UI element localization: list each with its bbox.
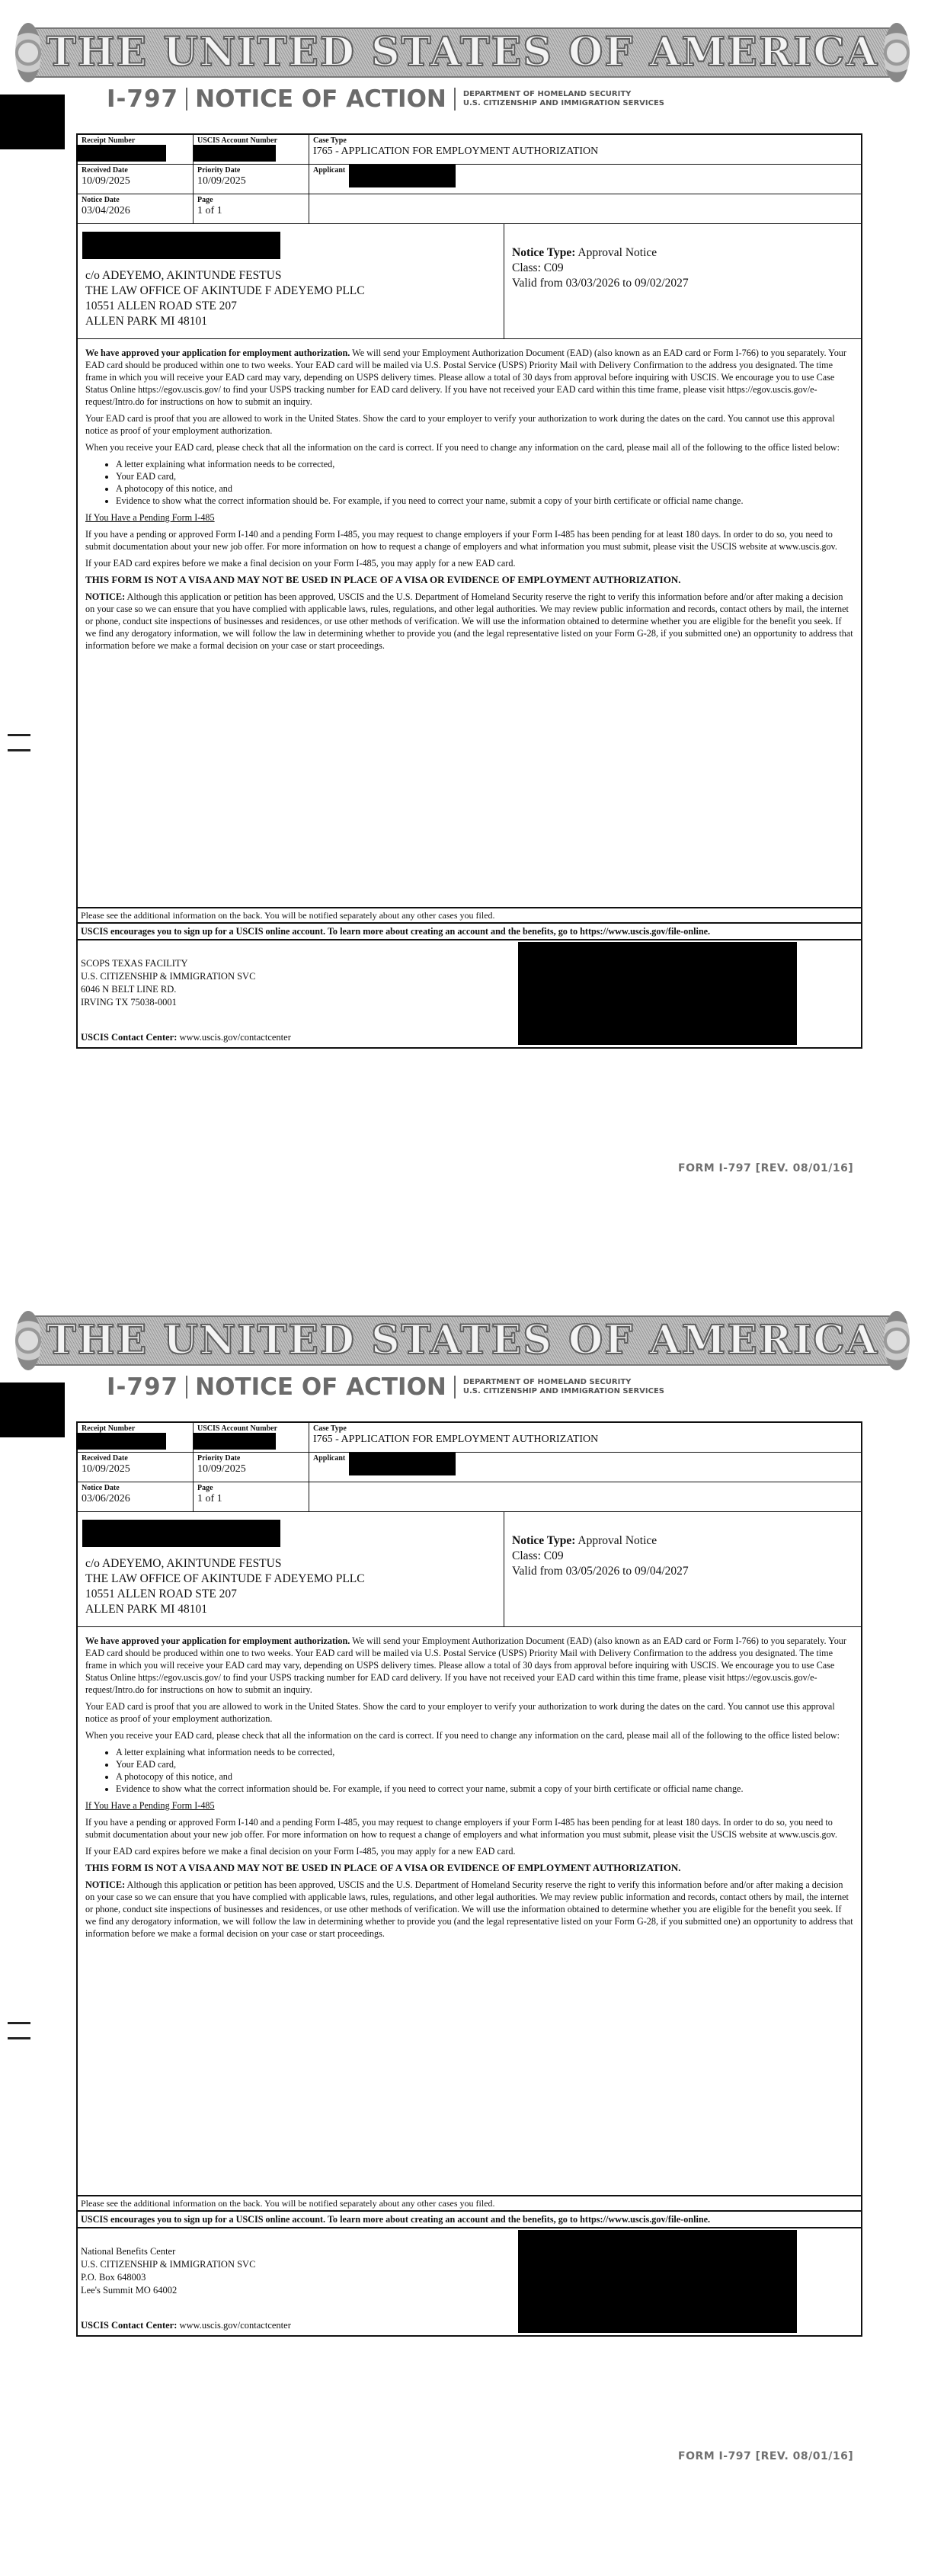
redaction: [0, 95, 65, 149]
priority-label: Priority Date: [197, 166, 305, 175]
notice-type-label: Notice Type:: [512, 1534, 575, 1547]
contact-label: USCIS Contact Center:: [81, 1032, 177, 1043]
paragraph: Although this application or petition ha…: [85, 591, 853, 651]
case-type: I765 - APPLICATION FOR EMPLOYMENT AUTHOR…: [313, 146, 857, 158]
validity-period: Valid from 03/05/2026 to 09/04/2027: [512, 1564, 853, 1579]
form-revision: FORM I-797 [REV. 08/01/16]: [678, 2450, 853, 2462]
redaction: [349, 1453, 456, 1475]
recipient-address: c/o ADEYEMO, AKINTUNDE FESTUS THE LAW OF…: [78, 1512, 504, 1626]
divider: [186, 88, 187, 111]
list-item: A letter explaining what information nee…: [116, 1746, 853, 1758]
paragraph: If your EAD card expires before we make …: [85, 557, 853, 569]
notice-date: 03/06/2026: [82, 1493, 189, 1505]
notice-form: Receipt Number USCIS Account Number Case…: [76, 1421, 862, 2337]
class-code: Class: C09: [512, 1549, 853, 1564]
margin-mark: [8, 2022, 30, 2024]
page-number: 1 of 1: [197, 205, 305, 217]
dept-line-2: U.S. CITIZENSHIP AND IMMIGRATION SERVICE…: [463, 99, 664, 107]
case-type-label: Case Type: [313, 136, 857, 146]
form-title: NOTICE OF ACTION: [195, 1373, 446, 1401]
form-number: I-797: [107, 85, 178, 113]
redaction: [518, 942, 797, 1045]
approval-heading: We have approved your application for em…: [85, 348, 350, 358]
banner: THE UNITED STATES OF AMERICA: [32, 1315, 893, 1366]
priority-date: 10/09/2025: [197, 1463, 305, 1475]
notice-form: Receipt Number USCIS Account Number Case…: [76, 133, 862, 1049]
page-number: 1 of 1: [197, 1493, 305, 1505]
paragraph: Your EAD card is proof that you are allo…: [85, 412, 853, 437]
received-date: 10/09/2025: [82, 175, 189, 187]
list-item: Evidence to show what the correct inform…: [116, 495, 853, 507]
notice-summary: Notice Type: Approval Notice Class: C09 …: [504, 1512, 861, 1626]
page-label: Page: [197, 196, 305, 205]
see-back-note: Please see the additional information on…: [78, 907, 861, 924]
paragraph: When you receive your EAD card, please c…: [85, 1729, 853, 1741]
paragraph: If your EAD card expires before we make …: [85, 1845, 853, 1857]
ornament-icon: [884, 23, 910, 82]
priority-label: Priority Date: [197, 1454, 305, 1463]
receipt-number-cell: Receipt Number: [78, 135, 194, 164]
margin-mark: [8, 2037, 30, 2039]
notice-date: 03/04/2026: [82, 205, 189, 217]
contact-label: USCIS Contact Center:: [81, 2320, 177, 2331]
redaction: [82, 232, 280, 259]
case-type: I765 - APPLICATION FOR EMPLOYMENT AUTHOR…: [313, 1434, 857, 1446]
notice-type-label: Notice Type:: [512, 246, 575, 259]
dept-line-1: DEPARTMENT OF HOMELAND SECURITY: [463, 90, 632, 98]
redaction: [76, 1433, 166, 1450]
priority-date-cell: Priority Date 10/09/2025: [194, 1453, 309, 1482]
redaction: [0, 1383, 65, 1437]
form-title: NOTICE OF ACTION: [195, 85, 446, 113]
case-type-cell: Case Type I765 - APPLICATION FOR EMPLOYM…: [309, 135, 861, 164]
redaction: [349, 165, 456, 187]
paragraph: Your EAD card is proof that you are allo…: [85, 1700, 853, 1725]
received-date-cell: Received Date 10/09/2025: [78, 165, 194, 194]
address-block: c/o ADEYEMO, AKINTUNDE FESTUS THE LAW OF…: [78, 224, 861, 339]
empty-cell: [309, 1482, 861, 1511]
paragraph: If you have a pending or approved Form I…: [85, 1816, 853, 1841]
address-block: c/o ADEYEMO, AKINTUNDE FESTUS THE LAW OF…: [78, 1512, 861, 1627]
form-heading: I-797 NOTICE OF ACTION DEPARTMENT OF HOM…: [107, 1372, 664, 1402]
list-item: Your EAD card,: [116, 470, 853, 482]
address-line: ALLEN PARK MI 48101: [85, 1602, 365, 1617]
applicant-cell: Applicant: [309, 165, 861, 194]
address-line: c/o ADEYEMO, AKINTUNDE FESTUS: [85, 268, 365, 284]
redaction: [518, 2230, 797, 2333]
applicant-cell: Applicant: [309, 1453, 861, 1482]
visa-disclaimer: THIS FORM IS NOT A VISA AND MAY NOT BE U…: [85, 1862, 853, 1874]
margin-mark: [8, 734, 30, 736]
list-item: A photocopy of this notice, and: [116, 1770, 853, 1783]
receipt-number-cell: Receipt Number: [78, 1423, 194, 1452]
page-cell: Page 1 of 1: [194, 194, 309, 223]
address-line: 10551 ALLEN ROAD STE 207: [85, 299, 365, 314]
list-item: Your EAD card,: [116, 1758, 853, 1770]
notice-type: Approval Notice: [577, 1534, 657, 1547]
dept-line-2: U.S. CITIZENSHIP AND IMMIGRATION SERVICE…: [463, 1387, 664, 1395]
address-line: THE LAW OFFICE OF AKINTUDE F ADEYEMO PLL…: [85, 1572, 365, 1587]
contact-url: www.uscis.gov/contactcenter: [177, 1032, 291, 1043]
divider: [454, 88, 456, 111]
priority-date: 10/09/2025: [197, 175, 305, 187]
address-line: ALLEN PARK MI 48101: [85, 314, 365, 329]
notice-body: We have approved your application for em…: [78, 339, 861, 907]
list-item: A photocopy of this notice, and: [116, 482, 853, 495]
notice-date-cell: Notice Date 03/06/2026: [78, 1482, 194, 1511]
account-number-cell: USCIS Account Number: [194, 1423, 309, 1452]
empty-cell: [309, 194, 861, 223]
banner-title: THE UNITED STATES OF AMERICA: [32, 1318, 893, 1363]
received-label: Received Date: [82, 1454, 189, 1463]
account-number-cell: USCIS Account Number: [194, 135, 309, 164]
banner-title: THE UNITED STATES OF AMERICA: [32, 30, 893, 75]
contact-center: USCIS Contact Center: www.uscis.gov/cont…: [81, 1031, 291, 1044]
office-block: SCOPS TEXAS FACILITY U.S. CITIZENSHIP & …: [78, 940, 861, 1047]
notice-type: Approval Notice: [577, 246, 657, 259]
dept-line-1: DEPARTMENT OF HOMELAND SECURITY: [463, 1378, 632, 1386]
list-item: Evidence to show what the correct inform…: [116, 1783, 853, 1795]
paragraph: When you receive your EAD card, please c…: [85, 441, 853, 453]
online-account-note: USCIS encourages you to sign up for a US…: [78, 924, 861, 940]
contact-url: www.uscis.gov/contactcenter: [177, 2320, 291, 2331]
received-date-cell: Received Date 10/09/2025: [78, 1453, 194, 1482]
see-back-note: Please see the additional information on…: [78, 2195, 861, 2212]
visa-disclaimer: THIS FORM IS NOT A VISA AND MAY NOT BE U…: [85, 574, 853, 586]
received-date: 10/09/2025: [82, 1463, 189, 1475]
case-type-label: Case Type: [313, 1424, 857, 1434]
approval-heading: We have approved your application for em…: [85, 1636, 350, 1646]
address-line: c/o ADEYEMO, AKINTUNDE FESTUS: [85, 1556, 365, 1572]
notice-date-cell: Notice Date 03/04/2026: [78, 194, 194, 223]
notice-body: We have approved your application for em…: [78, 1627, 861, 2195]
paragraph: If you have a pending or approved Form I…: [85, 528, 853, 553]
priority-date-cell: Priority Date 10/09/2025: [194, 165, 309, 194]
section-heading: If You Have a Pending Form I-485: [85, 511, 853, 524]
address-line: THE LAW OFFICE OF AKINTUDE F ADEYEMO PLL…: [85, 284, 365, 299]
notice-date-label: Notice Date: [82, 1484, 189, 1493]
address-lines: c/o ADEYEMO, AKINTUNDE FESTUS THE LAW OF…: [85, 1556, 365, 1617]
address-line: 10551 ALLEN ROAD STE 207: [85, 1587, 365, 1602]
office-block: National Benefits Center U.S. CITIZENSHI…: [78, 2228, 861, 2335]
department: DEPARTMENT OF HOMELAND SECURITY U.S. CIT…: [463, 1378, 664, 1396]
notice-summary: Notice Type: Approval Notice Class: C09 …: [504, 224, 861, 338]
list-item: A letter explaining what information nee…: [116, 458, 853, 470]
notice-page: THE UNITED STATES OF AMERICA I-797 NOTIC…: [0, 1288, 931, 2576]
redaction: [76, 145, 166, 162]
redaction: [82, 1520, 280, 1547]
paragraph: Although this application or petition ha…: [85, 1879, 853, 1939]
notice-page: THE UNITED STATES OF AMERICA I-797 NOTIC…: [0, 0, 931, 1288]
margin-mark: [8, 749, 30, 751]
form-heading: I-797 NOTICE OF ACTION DEPARTMENT OF HOM…: [107, 84, 664, 114]
requirements-list: A letter explaining what information nee…: [85, 458, 853, 507]
contact-center: USCIS Contact Center: www.uscis.gov/cont…: [81, 2319, 291, 2332]
page-cell: Page 1 of 1: [194, 1482, 309, 1511]
ornament-icon: [884, 1311, 910, 1370]
address-lines: c/o ADEYEMO, AKINTUNDE FESTUS THE LAW OF…: [85, 268, 365, 329]
notice-date-label: Notice Date: [82, 196, 189, 205]
online-account-note: USCIS encourages you to sign up for a US…: [78, 2212, 861, 2228]
notice-label: NOTICE:: [85, 591, 125, 602]
page-label: Page: [197, 1484, 305, 1493]
class-code: Class: C09: [512, 261, 853, 276]
redaction: [194, 1433, 276, 1450]
form-number: I-797: [107, 1373, 178, 1401]
form-revision: FORM I-797 [REV. 08/01/16]: [678, 1162, 853, 1174]
section-heading: If You Have a Pending Form I-485: [85, 1799, 853, 1812]
department: DEPARTMENT OF HOMELAND SECURITY U.S. CIT…: [463, 90, 664, 108]
notice-label: NOTICE:: [85, 1879, 125, 1890]
divider: [454, 1376, 456, 1399]
recipient-address: c/o ADEYEMO, AKINTUNDE FESTUS THE LAW OF…: [78, 224, 504, 338]
requirements-list: A letter explaining what information nee…: [85, 1746, 853, 1795]
redaction: [194, 145, 276, 162]
case-type-cell: Case Type I765 - APPLICATION FOR EMPLOYM…: [309, 1423, 861, 1452]
received-label: Received Date: [82, 166, 189, 175]
divider: [186, 1376, 187, 1399]
banner: THE UNITED STATES OF AMERICA: [32, 27, 893, 78]
validity-period: Valid from 03/03/2026 to 09/02/2027: [512, 276, 853, 291]
